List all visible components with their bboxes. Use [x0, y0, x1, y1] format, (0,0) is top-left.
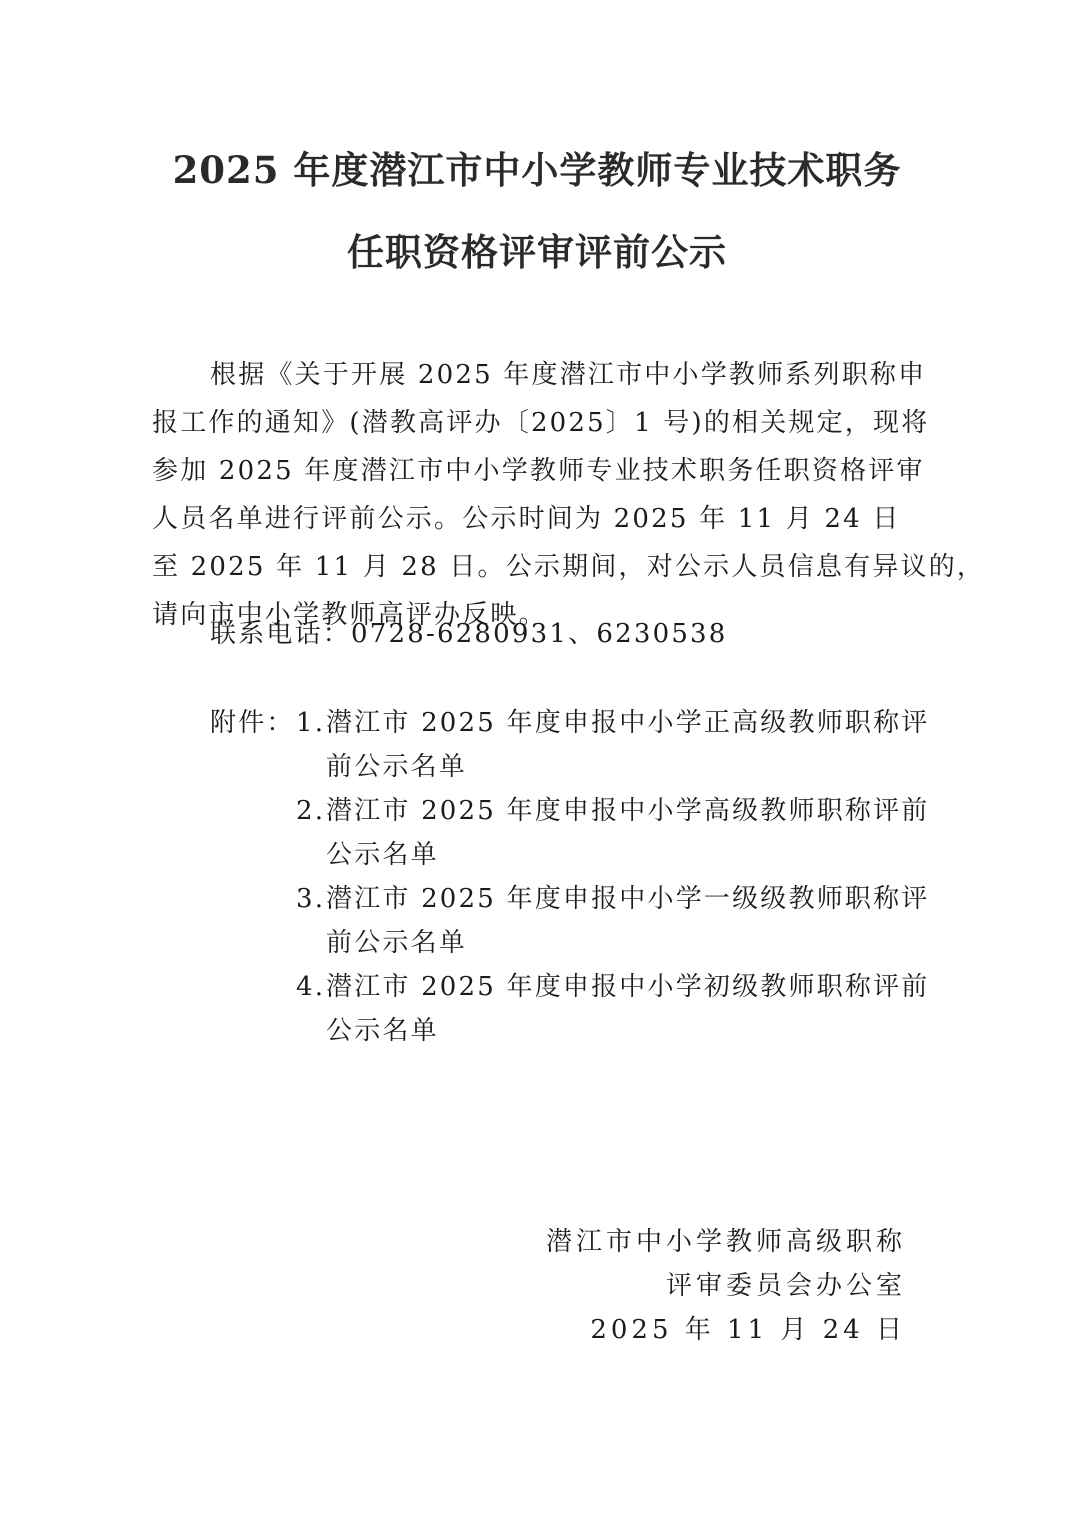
attachments-label: 附件： [210, 705, 295, 741]
attachment-title-line-1: 潜江市 2025 年度申报中小学高级教师职称评前 [326, 793, 930, 829]
body-line: 参加 2025 年度潜江市中小学教师专业技术职务任职资格评审 [152, 453, 860, 489]
attachment-number: 2. [296, 793, 325, 829]
signature-org-line-2: 评审委员会办公室 [666, 1268, 906, 1304]
signature-date: 2025 年 11 月 24 日 [590, 1312, 906, 1348]
attachment-title-line-1: 潜江市 2025 年度申报中小学正高级教师职称评 [326, 705, 930, 741]
attachment-title-line-2: 公示名单 [326, 837, 439, 873]
attachment-title-line-2: 前公示名单 [326, 925, 467, 961]
attachment-title-line-1: 潜江市 2025 年度申报中小学初级教师职称评前 [326, 969, 930, 1005]
body-line: 至 2025 年 11 月 28 日。公示期间，对公示人员信息有异议的， [152, 549, 860, 585]
attachment-number: 4. [296, 969, 325, 1005]
attachment-number: 1. [296, 705, 325, 741]
attachment-title-line-2: 公示名单 [326, 1013, 439, 1049]
body-line: 人员名单进行评前公示。公示时间为 2025 年 11 月 24 日 [152, 501, 860, 537]
body-line: 根据《关于开展 2025 年度潜江市中小学教师系列职称申 [210, 357, 926, 393]
attachment-number: 3. [296, 881, 325, 917]
attachment-title-line-2: 前公示名单 [326, 749, 467, 785]
document-title-line-2: 任职资格评审评前公示 [0, 222, 1074, 276]
signature-org-line-1: 潜江市中小学教师高级职称 [546, 1224, 906, 1260]
document-title-line-1: 2025 年度潜江市中小学教师专业技术职务 [0, 140, 1074, 194]
attachment-title-line-1: 潜江市 2025 年度申报中小学一级级教师职称评 [326, 881, 930, 917]
contact-phone: 联系电话：0728-6280931、6230538 [210, 616, 728, 652]
body-line: 报工作的通知》(潜教高评办〔2025〕1 号)的相关规定，现将 [152, 405, 860, 441]
